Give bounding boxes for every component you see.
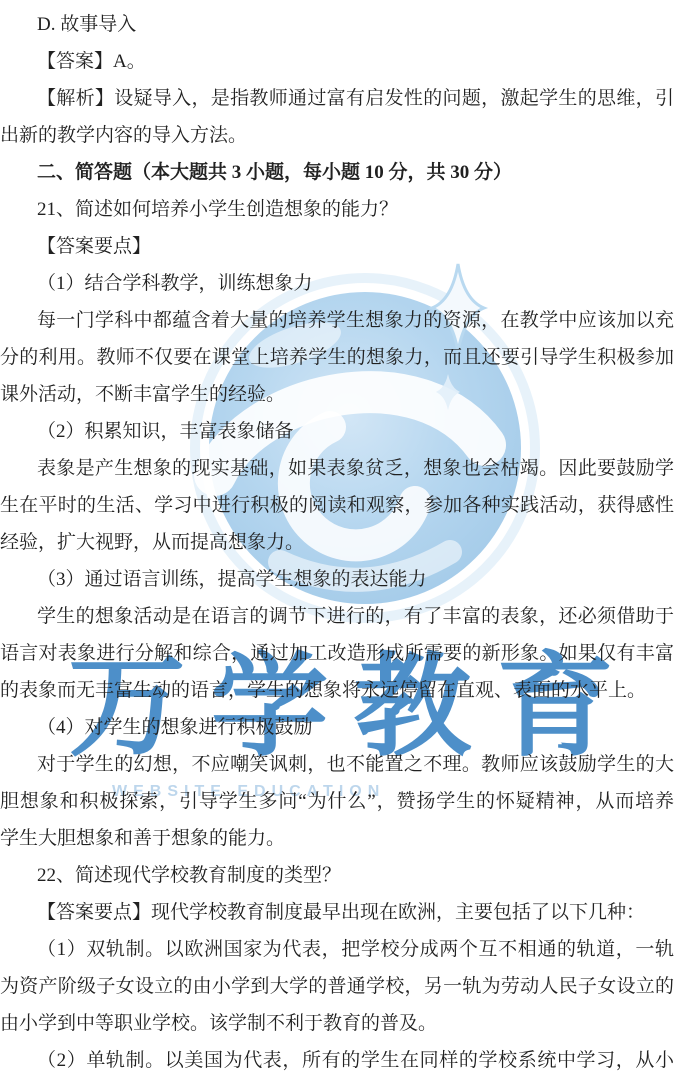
text-line: 二、简答题（本大题共 3 小题，每小题 10 分，共 30 分） bbox=[0, 154, 674, 191]
text-line: D. 故事导入 bbox=[0, 6, 674, 43]
text-line: （4）对学生的想象进行积极鼓励 bbox=[0, 709, 674, 746]
text-line: 分的利用。教师不仅要在课堂上培养学生的想象力，而且还要引导学生积极参加 bbox=[0, 339, 674, 376]
text-line: 生在平时的生活、学习中进行积极的阅读和观察，参加各种实践活动，获得感性 bbox=[0, 487, 674, 524]
text-line: 【解析】设疑导入，是指教师通过富有启发性的问题，激起学生的思维，引 bbox=[0, 80, 674, 117]
text-line: 学生的想象活动是在语言的调节下进行的，有了丰富的表象，还必须借助于 bbox=[0, 598, 674, 635]
document-text: D. 故事导入【答案】A。【解析】设疑导入，是指教师通过富有启发性的问题，激起学… bbox=[0, 0, 674, 1079]
text-line: 胆想象和积极探索，引导学生多问“为什么”，赞扬学生的怀疑精神，从而培养 bbox=[0, 783, 674, 820]
text-line: （3）通过语言训练，提高学生想象的表达能力 bbox=[0, 561, 674, 598]
text-line: 经验，扩大视野，从而提高想象力。 bbox=[0, 524, 674, 561]
text-line: 语言对表象进行分解和综合，通过加工改造形成所需要的新形象。如果仅有丰富 bbox=[0, 635, 674, 672]
text-line: 每一门学科中都蕴含着大量的培养学生想象力的资源，在教学中应该加以充 bbox=[0, 302, 674, 339]
text-line: 表象是产生想象的现实基础，如果表象贫乏，想象也会枯竭。因此要鼓励学 bbox=[0, 450, 674, 487]
text-line: 学生大胆想象和善于想象的能力。 bbox=[0, 820, 674, 857]
text-line: 出新的教学内容的导入方法。 bbox=[0, 117, 674, 154]
text-line: 【答案要点】 bbox=[0, 228, 674, 265]
text-line: （2）单轨制。以美国为代表，所有的学生在同样的学校系统中学习，从小 bbox=[0, 1042, 674, 1079]
text-line: 由小学到中等职业学校。该学制不利于教育的普及。 bbox=[0, 1005, 674, 1042]
text-line: 22、简述现代学校教育制度的类型？ bbox=[0, 857, 674, 894]
text-line: （1）双轨制。以欧洲国家为代表，把学校分成两个互不相通的轨道，一轨 bbox=[0, 931, 674, 968]
text-line: 的表象而无丰富生动的语言，学生的想象将永远停留在直观、表面的水平上。 bbox=[0, 672, 674, 709]
text-line: 课外活动，不断丰富学生的经验。 bbox=[0, 376, 674, 413]
text-line: 对于学生的幻想，不应嘲笑讽刺，也不能置之不理。教师应该鼓励学生的大 bbox=[0, 746, 674, 783]
document-page: 万学教育 WEBSITE EDUCATION D. 故事导入【答案】A。【解析】… bbox=[0, 0, 674, 1082]
text-line: （2）积累知识，丰富表象储备 bbox=[0, 413, 674, 450]
text-line: 【答案要点】现代学校教育制度最早出现在欧洲，主要包括了以下几种： bbox=[0, 894, 674, 931]
text-line: 21、简述如何培养小学生创造想象的能力？ bbox=[0, 191, 674, 228]
text-line: 为资产阶级子女设立的由小学到大学的普通学校，另一轨为劳动人民子女设立的 bbox=[0, 968, 674, 1005]
text-line: 【答案】A。 bbox=[0, 43, 674, 80]
text-line: （1）结合学科教学，训练想象力 bbox=[0, 265, 674, 302]
